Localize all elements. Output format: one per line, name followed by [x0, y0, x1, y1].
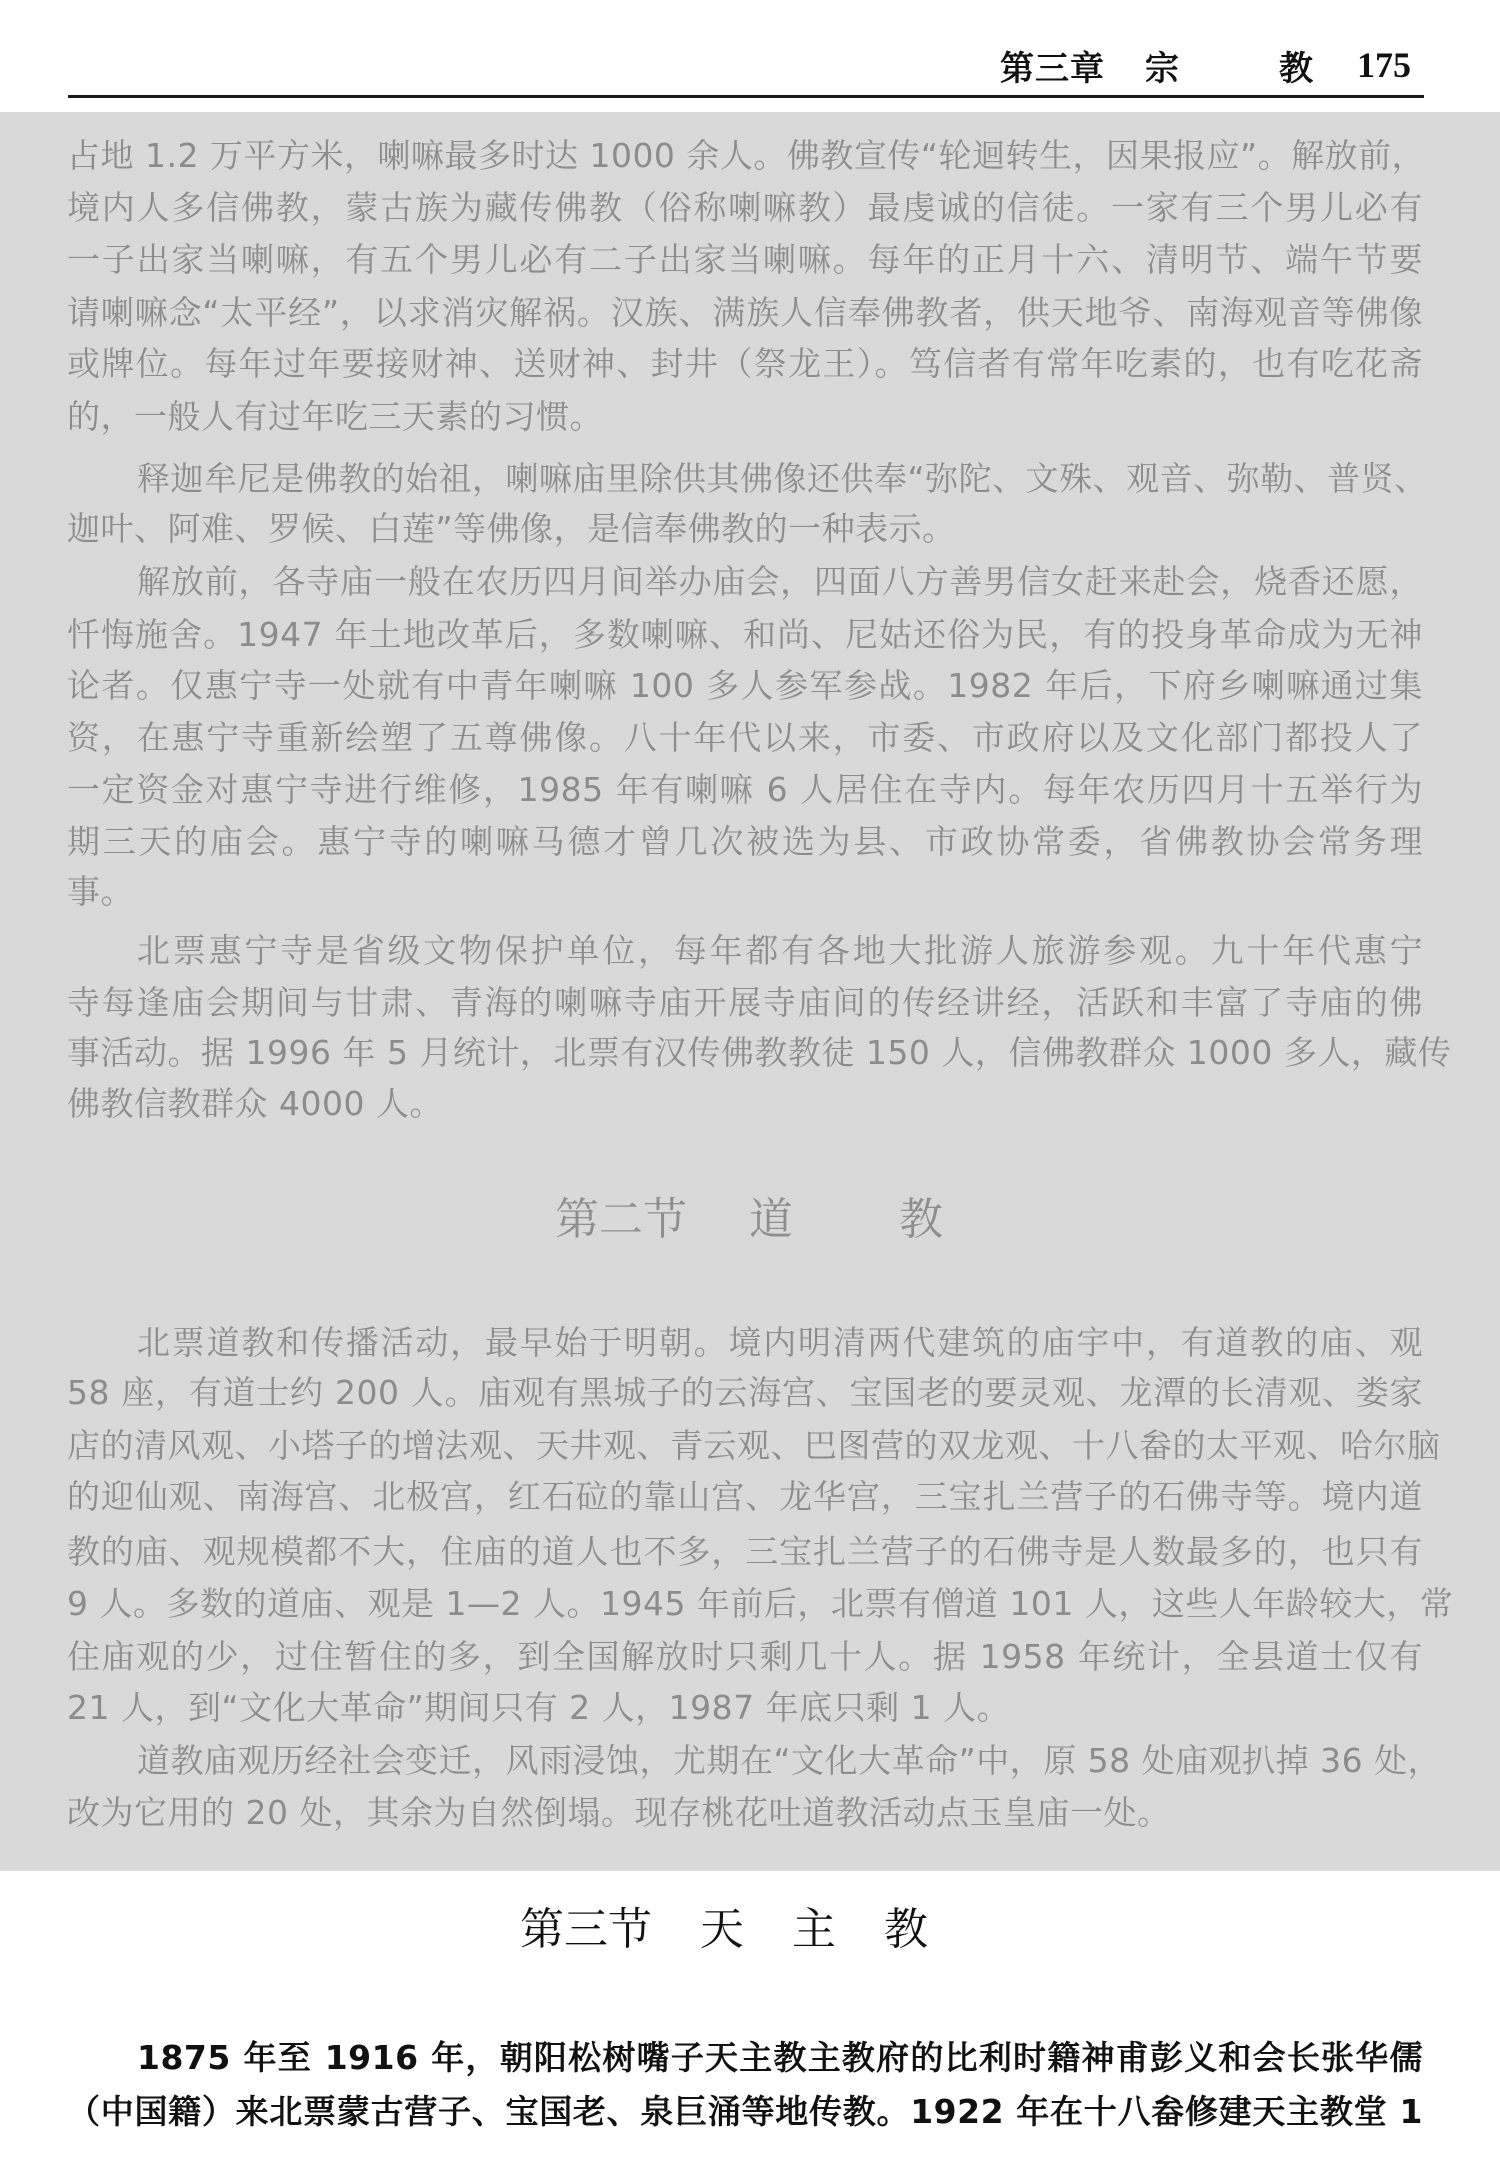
text-line: 占地 1.2 万平方米，喇嘛最多时达 1000 余人。佛教宣传“轮迴转生，因果报… — [67, 130, 1423, 182]
text-line: 北票道教和传播活动，最早始于明朝。境内明清两代建筑的庙宇中，有道教的庙、观 — [137, 1317, 1423, 1369]
text-line: 请喇嘛念“太平经”，以求消灾解祸。汉族、满族人信奉佛教者，供天地爷、南海观音等佛… — [67, 287, 1423, 339]
section-title-char: 天 — [700, 1900, 744, 1960]
page-number: 175 — [1357, 44, 1411, 86]
text-line: 58 座，有道士约 200 人。庙观有黑城子的云海宫、宝国老的要灵观、龙潭的长清… — [67, 1367, 1423, 1419]
text-line: 寺每逢庙会期间与甘肃、青海的喇嘛寺庙开展寺庙间的传经讲经，活跃和丰富了寺庙的佛 — [67, 977, 1423, 1029]
text-line: （中国籍）来北票蒙古营子、宝国老、泉巨涌等地传教。1922 年在十八畚修建天主教… — [67, 2086, 1423, 2138]
text-line: 资，在惠宁寺重新绘塑了五尊佛像。八十年代以来，市委、市政府以及文化部门都投人了 — [67, 712, 1423, 764]
section-title-char: 道 — [749, 1190, 793, 1250]
text-line: 事。 — [67, 866, 1423, 918]
section-title-char: 主 — [792, 1900, 836, 1960]
text-line: 或牌位。每年过年要接财神、送财神、封井（祭龙王）。笃信者有常年吃素的，也有吃花斋 — [67, 338, 1423, 390]
section-number: 第三节 — [520, 1900, 652, 1960]
text-line: 一定资金对惠宁寺进行维修，1985 年有喇嘛 6 人居住在寺内。每年农历四月十五… — [67, 764, 1423, 816]
text-line: 道教庙观历经社会变迁，风雨浸蚀，尤期在“文化大革命”中，原 58 处庙观扒掉 3… — [137, 1735, 1423, 1787]
text-line: 北票惠宁寺是省级文物保护单位，每年都有各地大批游人旅游参观。九十年代惠宁 — [137, 925, 1423, 977]
text-line: 忏悔施舍。1947 年土地改革后，多数喇嘛、和尚、尼姑还俗为民，有的投身革命成为… — [67, 609, 1423, 661]
text-line: 改为它用的 20 处，其余为自然倒塌。现存桃花吐道教活动点玉皇庙一处。 — [67, 1787, 1423, 1839]
chapter-title-char-1: 宗 — [1145, 41, 1179, 90]
section-title-char: 教 — [899, 1190, 943, 1250]
text-line: 事活动。据 1996 年 5 月统计，北票有汉传佛教教徒 150 人，信佛教群众… — [67, 1027, 1423, 1079]
chapter-title-char-2: 教 — [1279, 41, 1313, 90]
header-rule — [68, 95, 1424, 98]
section-heading-catholicism: 第三节 天 主 教 — [520, 1900, 928, 1960]
chapter-label: 第三章 — [1000, 41, 1105, 90]
text-line: 释迦牟尼是佛教的始祖，喇嘛庙里除供其佛像还供奉“弥陀、文殊、观音、弥勒、普贤、 — [137, 453, 1423, 505]
section-title-char: 教 — [884, 1900, 928, 1960]
text-line: 境内人多信佛教，蒙古族为藏传佛教（俗称喇嘛教）最虔诚的信徒。一家有三个男儿必有 — [67, 182, 1423, 234]
text-line: 一子出家当喇嘛，有五个男儿必有二子出家当喇嘛。每年的正月十六、清明节、端午节要 — [67, 234, 1423, 286]
text-line: 期三天的庙会。惠宁寺的喇嘛马德才曾几次被选为县、市政协常委，省佛教协会常务理 — [67, 816, 1423, 868]
text-line: 迦叶、阿难、罗候、白莲”等佛像，是信奉佛教的一种表示。 — [67, 503, 1423, 555]
text-line: 1875 年至 1916 年，朝阳松树嘴子天主教主教府的比利时籍神甫彭义和会长张… — [137, 2032, 1423, 2084]
running-head: 第三章 宗 教 175 — [1000, 44, 1411, 86]
text-line: 的迎仙观、南海宫、北极宫，红石砬的靠山宫、龙华宫，三宝扎兰营子的石佛寺等。境内道 — [67, 1471, 1423, 1523]
text-line: 解放前，各寺庙一般在农历四月间举办庙会，四面八方善男信女赶来赴会，烧香还愿， — [137, 556, 1423, 608]
text-line: 21 人，到“文化大革命”期间只有 2 人，1987 年底只剩 1 人。 — [67, 1682, 1423, 1734]
text-line: 9 人。多数的道庙、观是 1—2 人。1945 年前后，北票有僧道 101 人，… — [67, 1578, 1423, 1630]
text-line: 店的清风观、小塔子的增法观、天井观、青云观、巴图营的双龙观、十八畚的太平观、哈尔… — [67, 1420, 1423, 1472]
section-number: 第二节 — [555, 1190, 687, 1250]
section-heading-taoism: 第二节 道 教 — [555, 1190, 943, 1250]
text-line: 住庙观的少，过住暂住的多，到全国解放时只剩几十人。据 1958 年统计，全县道士… — [67, 1631, 1423, 1683]
text-line: 佛教信教群众 4000 人。 — [67, 1078, 1423, 1130]
text-line: 的，一般人有过年吃三天素的习惯。 — [67, 391, 1423, 443]
text-line: 教的庙、观规模都不大，住庙的道人也不多，三宝扎兰营子的石佛寺是人数最多的，也只有 — [67, 1526, 1423, 1578]
text-line: 论者。仅惠宁寺一处就有中青年喇嘛 100 多人参军参战。1982 年后，下府乡喇… — [67, 660, 1423, 712]
